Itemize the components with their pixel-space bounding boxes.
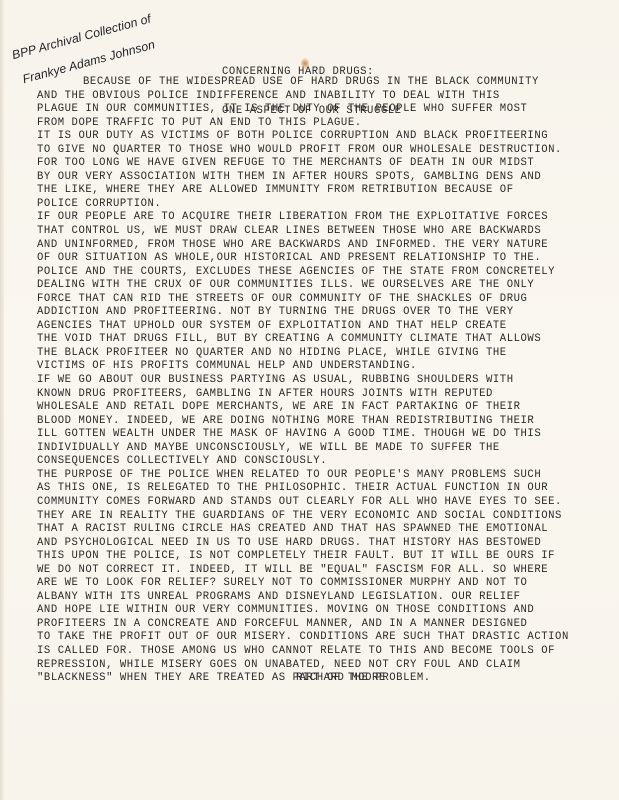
body-line: BECAUSE OF THE WIDESPREAD USE OF HARD DR… — [37, 76, 569, 90]
body-line: ARE WE TO LOOK FOR RELIEF? SURELY NOT TO… — [37, 577, 569, 591]
body-line: IS CALLED FOR. THOSE AMONG US WHO CANNOT… — [37, 645, 569, 659]
body-line: THEY ARE IN REALITY THE GUARDIANS OF THE… — [37, 510, 569, 524]
document-page: BPP Archival Collection of Frankye Adams… — [0, 0, 619, 800]
document-body: BECAUSE OF THE WIDESPREAD USE OF HARD DR… — [37, 76, 569, 686]
body-line: POLICE AND THE COURTS, EXCLUDES THESE AG… — [37, 266, 569, 280]
body-line: AND THE OBVIOUS POLICE INDIFFERENCE AND … — [37, 90, 569, 104]
body-line: AND PSYCHOLOGICAL NEED IN US TO USE HARD… — [37, 537, 569, 551]
body-line: FOR TOO LONG WE HAVE GIVEN REFUGE TO THE… — [37, 157, 569, 171]
body-line: AND HOPE LIE WITHIN OUR VERY COMMUNITIES… — [37, 604, 569, 618]
paper-edge — [0, 0, 4, 800]
body-line: BLOOD MONEY. INDEED, WE ARE DOING NOTHIN… — [37, 415, 569, 429]
body-line: FORCE THAT CAN RID THE STREETS OF OUR CO… — [37, 293, 569, 307]
body-line: REPRESSION, WHILE MISERY GOES ON UNABATE… — [37, 659, 569, 673]
body-line: VICTIMS OF HIS PROFITS COMMUNAL HELP AND… — [37, 360, 569, 374]
body-line: THAT CONTROL US, WE MUST DRAW CLEAR LINE… — [37, 225, 569, 239]
paper-stain — [301, 58, 309, 69]
body-line: TO TAKE THE PROFIT OUT OF OUR MISERY. CO… — [37, 631, 569, 645]
body-line: THIS UPON THE POLICE, IS NOT COMPLETELY … — [37, 550, 569, 564]
body-line: AND UNINFORMED, FROM THOSE WHO ARE BACKW… — [37, 239, 569, 253]
body-line: CONSEQUENCES COLLECTIVELY AND CONSCIOUSL… — [37, 455, 569, 469]
body-line: THAT A RACIST RULING CIRCLE HAS CREATED … — [37, 523, 569, 537]
body-line: TO GIVE NO QUARTER TO THOSE WHO WOULD PR… — [37, 144, 569, 158]
body-line: ALBANY WITH ITS UNREAL PROGRAMS AND DISN… — [37, 591, 569, 605]
body-line: WHOLESALE AND RETAIL DOPE MERCHANTS, WE … — [37, 401, 569, 415]
body-line: INDIVIDUALLY AND MAYBE UNCONSCIOUSLY, WE… — [37, 442, 569, 456]
body-line: THE BLACK PROFITEER NO QUARTER AND NO HI… — [37, 347, 569, 361]
body-line: PROFITEERS IN A CONCREATE AND FORCEFUL M… — [37, 618, 569, 632]
body-line: THE VOID THAT DRUGS FILL, BUT BY CREATIN… — [37, 333, 569, 347]
body-line: BY OUR VERY ASSOCIATION WITH THEM IN AFT… — [37, 171, 569, 185]
body-line: IF WE GO ABOUT OUR BUSINESS PARTYING AS … — [37, 374, 569, 388]
body-line: POLICE CORRUPTION. — [37, 198, 569, 212]
body-line: FROM DOPE TRAFFIC TO PUT AN END TO THIS … — [37, 117, 569, 131]
body-line: KNOWN DRUG PROFITEERS, GAMBLING IN AFTER… — [37, 388, 569, 402]
body-line: ADDICTION AND PROFITEERING. NOT BY TURNI… — [37, 306, 569, 320]
body-line: AGENCIES THAT UPHOLD OUR SYSTEM OF EXPLO… — [37, 320, 569, 334]
body-line: IF OUR PEOPLE ARE TO ACQUIRE THEIR LIBER… — [37, 211, 569, 225]
body-line: OF OUR SITUATION AS WHOLE,OUR HISTORICAL… — [37, 252, 569, 266]
body-line: AS THIS ONE, IS RELEGATED TO THE PHILOSO… — [37, 482, 569, 496]
body-line: THE PURPOSE OF THE POLICE WHEN RELATED T… — [37, 469, 569, 483]
body-line: THE LIKE, WHERE THEY ARE ALLOWED IMMUNIT… — [37, 184, 569, 198]
body-line: COMMUNITY COMES FORWARD AND STANDS OUT C… — [37, 496, 569, 510]
body-line: DEALING WITH THE CRUX OF OUR COMMUNITIES… — [37, 279, 569, 293]
body-line: ILL GOTTEN WEALTH UNDER THE MASK OF HAVI… — [37, 428, 569, 442]
author-signature: RICHARD MOORE — [296, 672, 386, 685]
body-line: WE DO NOT CORRECT IT. INDEED, IT WILL BE… — [37, 564, 569, 578]
body-line: PLAGUE IN OUR COMMUNITIES, IT IS THE DUT… — [37, 103, 569, 117]
body-line: IT IS OUR DUTY AS VICTIMS OF BOTH POLICE… — [37, 130, 569, 144]
